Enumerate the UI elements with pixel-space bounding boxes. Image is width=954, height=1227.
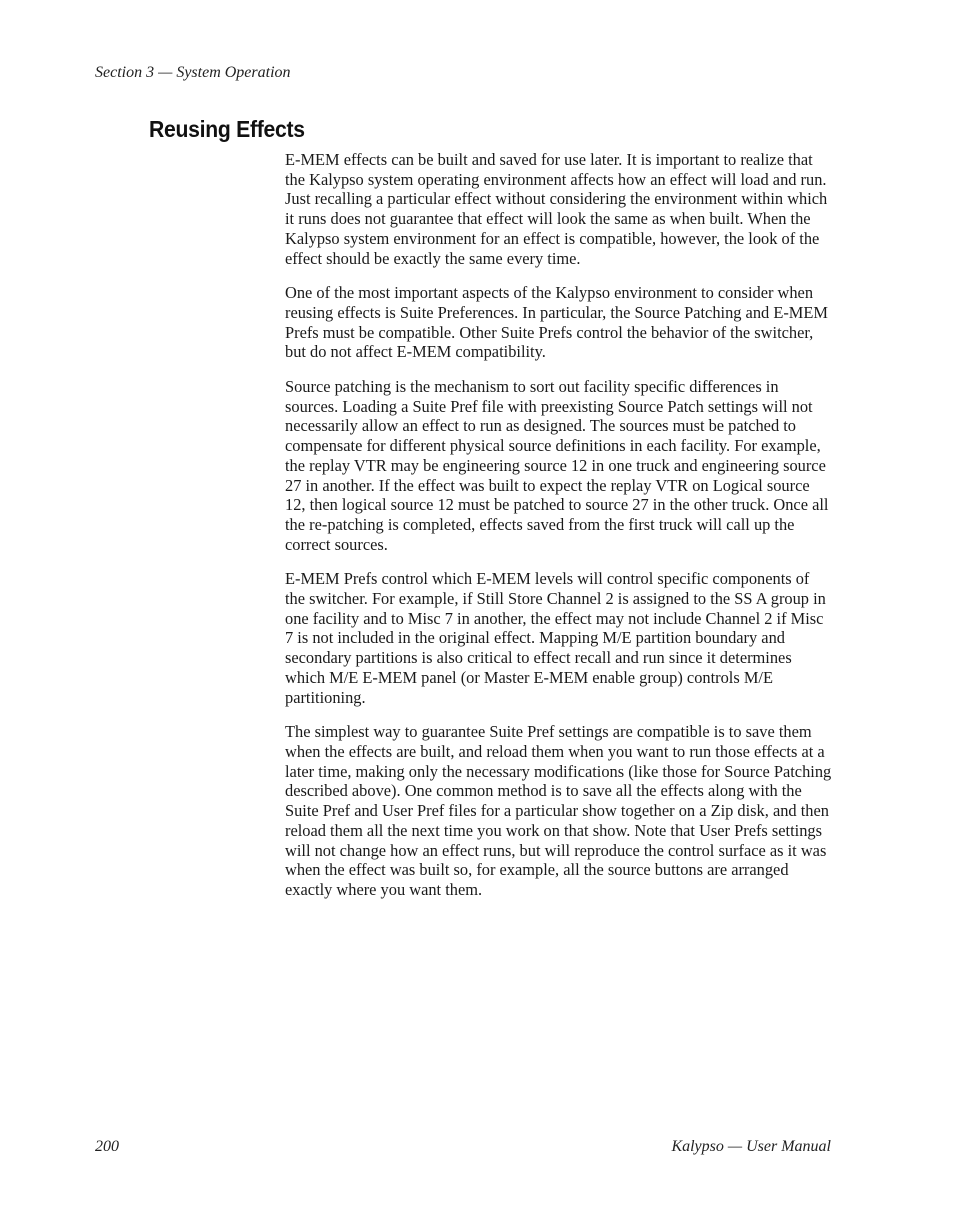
paragraph-suite-preferences: One of the most important aspects of the… xyxy=(285,283,833,362)
running-header: Section 3 — System Operation xyxy=(95,63,291,83)
paragraph-emem-prefs: E-MEM Prefs control which E-MEM levels w… xyxy=(285,569,833,707)
paragraph-simplest-way: The simplest way to guarantee Suite Pref… xyxy=(285,722,833,899)
section-title: Reusing Effects xyxy=(149,114,305,144)
paragraph-intro: E-MEM effects can be built and saved for… xyxy=(285,150,833,268)
paragraph-source-patching: Source patching is the mechanism to sort… xyxy=(285,377,833,554)
footer-manual-title: Kalypso — User Manual xyxy=(671,1137,831,1157)
body-text-column: E-MEM effects can be built and saved for… xyxy=(285,150,833,915)
page-number: 200 xyxy=(95,1137,119,1157)
